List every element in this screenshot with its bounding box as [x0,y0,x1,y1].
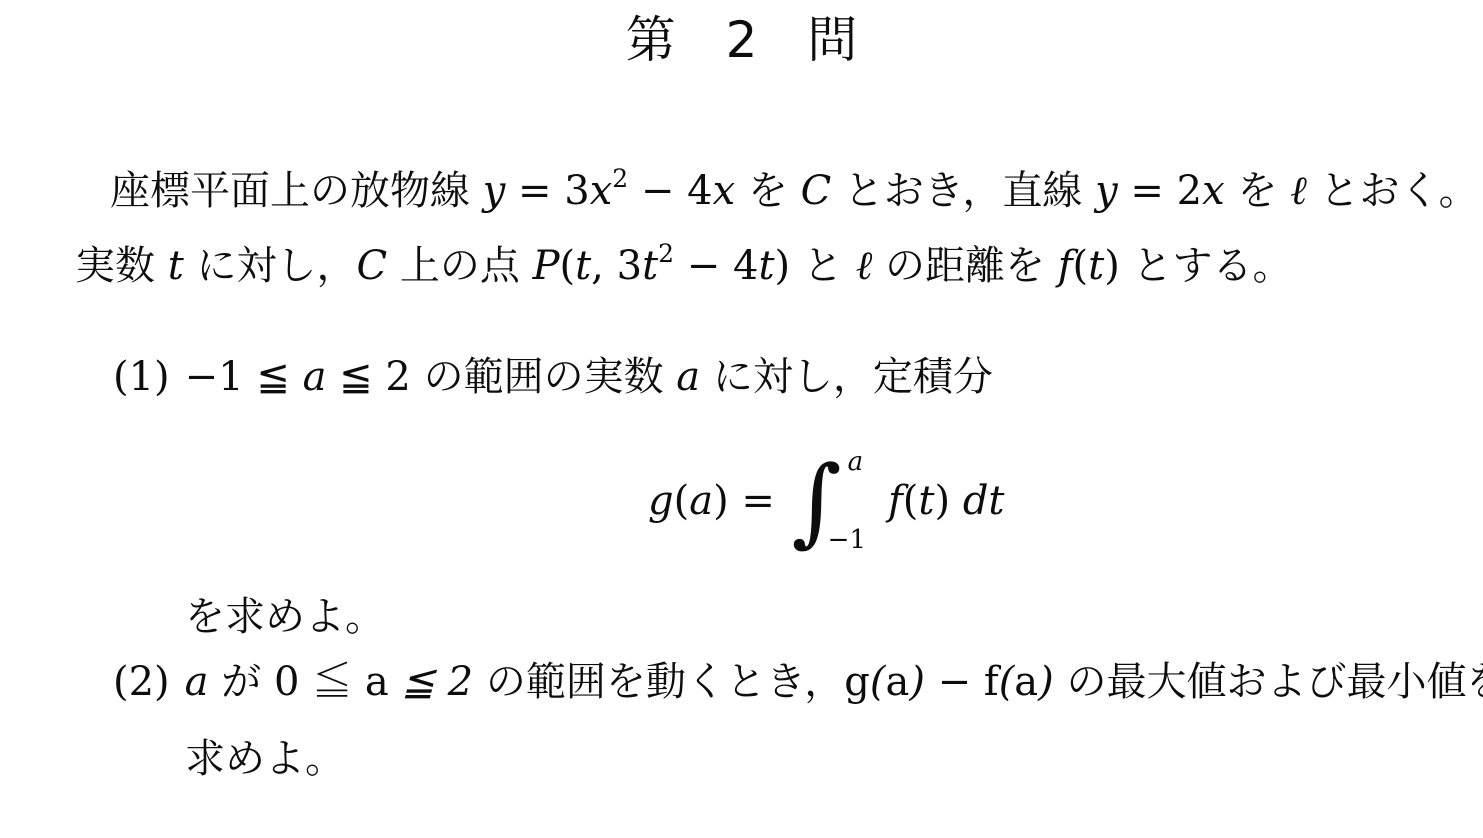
math-roman: − 4 [628,168,712,214]
integral-limits: a−1 [842,449,880,553]
math-roman: ) [1104,243,1120,289]
math-var: ( [999,659,1015,705]
exponent: 2 [612,164,628,193]
item-2-closing: 求めよ。 [185,735,345,783]
math-var: ℓ [1290,168,1307,214]
exponent: 2 [658,239,674,268]
math-var: C [357,243,388,289]
item-2-label: (2) [113,659,170,705]
math-roman: ( [674,478,690,524]
item-1-label: (1) [113,354,170,400]
jp-text: を [1225,168,1290,214]
intro-line-1: 座標平面上の放物線 y = 3x2 − 4x を C とおき，直線 y = 2x… [110,167,1479,215]
math-var: P [533,243,560,289]
math-roman: −1 ≦ [185,354,303,400]
math-roman: f [984,659,999,705]
integrand: f(t) dt [888,478,1005,524]
jp-text: 求めよ。 [185,736,345,782]
math-var: ) − [909,659,984,705]
item-2: (2)a が 0 ≦ a ≦ 2 の範囲を動くとき，g(a) − f(a) の最… [113,658,1483,706]
math-var: y [1095,168,1118,214]
math-var: x [590,168,613,214]
math-var: t [168,243,184,289]
jp-text: に対し， [184,243,357,289]
jp-text: を [735,168,800,214]
math-roman: a [885,659,909,705]
jp-text: の範囲の実数 [411,354,676,400]
jp-text: の距離を [872,243,1057,289]
math-roman: ( [1073,243,1089,289]
item-1: (1)−1 ≦ a ≦ 2 の範囲の実数 a に対し，定積分 [113,353,993,401]
math-roman: ( [903,478,919,524]
math-var: a [676,354,700,400]
math-roman: = 2 [1118,168,1202,214]
jp-text: とおく。 [1307,168,1479,214]
intro-line-2: 実数 t に対し，C 上の点 P(t, 3t2 − 4t) と ℓ の距離を f… [75,242,1293,290]
math-var: t [642,243,658,289]
jp-text: と [790,243,855,289]
jp-text: とおき，直線 [831,168,1095,214]
math-roman: の最大値および最小値を [1054,659,1483,705]
jp-text: 実数 [75,243,168,289]
math-var: g [648,478,674,524]
integral: ∫a−1 [792,449,880,553]
math-roman: a [1014,659,1038,705]
math-var: ( [870,659,886,705]
math-roman: ) = [713,478,788,524]
math-var: C [801,168,832,214]
math-var: ℓ [856,243,873,289]
integral-lower-limit: −1 [828,527,866,553]
jp-text: が 0 ≦ [209,659,365,705]
math-var: t [575,243,591,289]
math-roman: , 3 [591,243,642,289]
math-var: a [303,354,327,400]
math-roman: の範囲を動くとき， [473,659,844,705]
integral-upper-limit: a [848,449,886,475]
math-roman: ( [559,243,575,289]
math-roman: ≦ 2 [326,354,410,400]
jp-text: に対し，定積分 [700,354,993,400]
jp-text: g [844,659,870,705]
math-var: f [888,478,903,524]
math-var: a [689,478,713,524]
jp-text: 上の点 [387,243,532,289]
problem-title: 第 2 問 [0,10,1483,70]
jp-text: とする。 [1120,243,1293,289]
math-roman: ) [934,478,962,524]
math-roman: ) [775,243,791,289]
display-equation: g(a) = ∫a−1f(t) dt [648,449,1005,553]
math-var: t [918,478,934,524]
jp-text: を求めよ。 [185,594,385,640]
math-roman: a [365,659,389,705]
math-var: dt [963,478,1005,524]
math-var: t [1088,243,1104,289]
math-var: ≦ 2 [389,659,473,705]
math-var: y [483,168,506,214]
math-roman: − 4 [674,243,758,289]
math-var: ) [1038,659,1054,705]
math-roman: = 3 [505,168,589,214]
math-var: x [713,168,736,214]
item-1-closing: を求めよ。 [185,593,385,641]
math-var: t [758,243,774,289]
math-var: a [185,659,209,705]
math-var: x [1202,168,1225,214]
problem-page: 第 2 問 座標平面上の放物線 y = 3x2 − 4x を C とおき，直線 … [0,0,1483,838]
math-var: f [1058,243,1073,289]
jp-text: 座標平面上の放物線 [110,168,483,214]
